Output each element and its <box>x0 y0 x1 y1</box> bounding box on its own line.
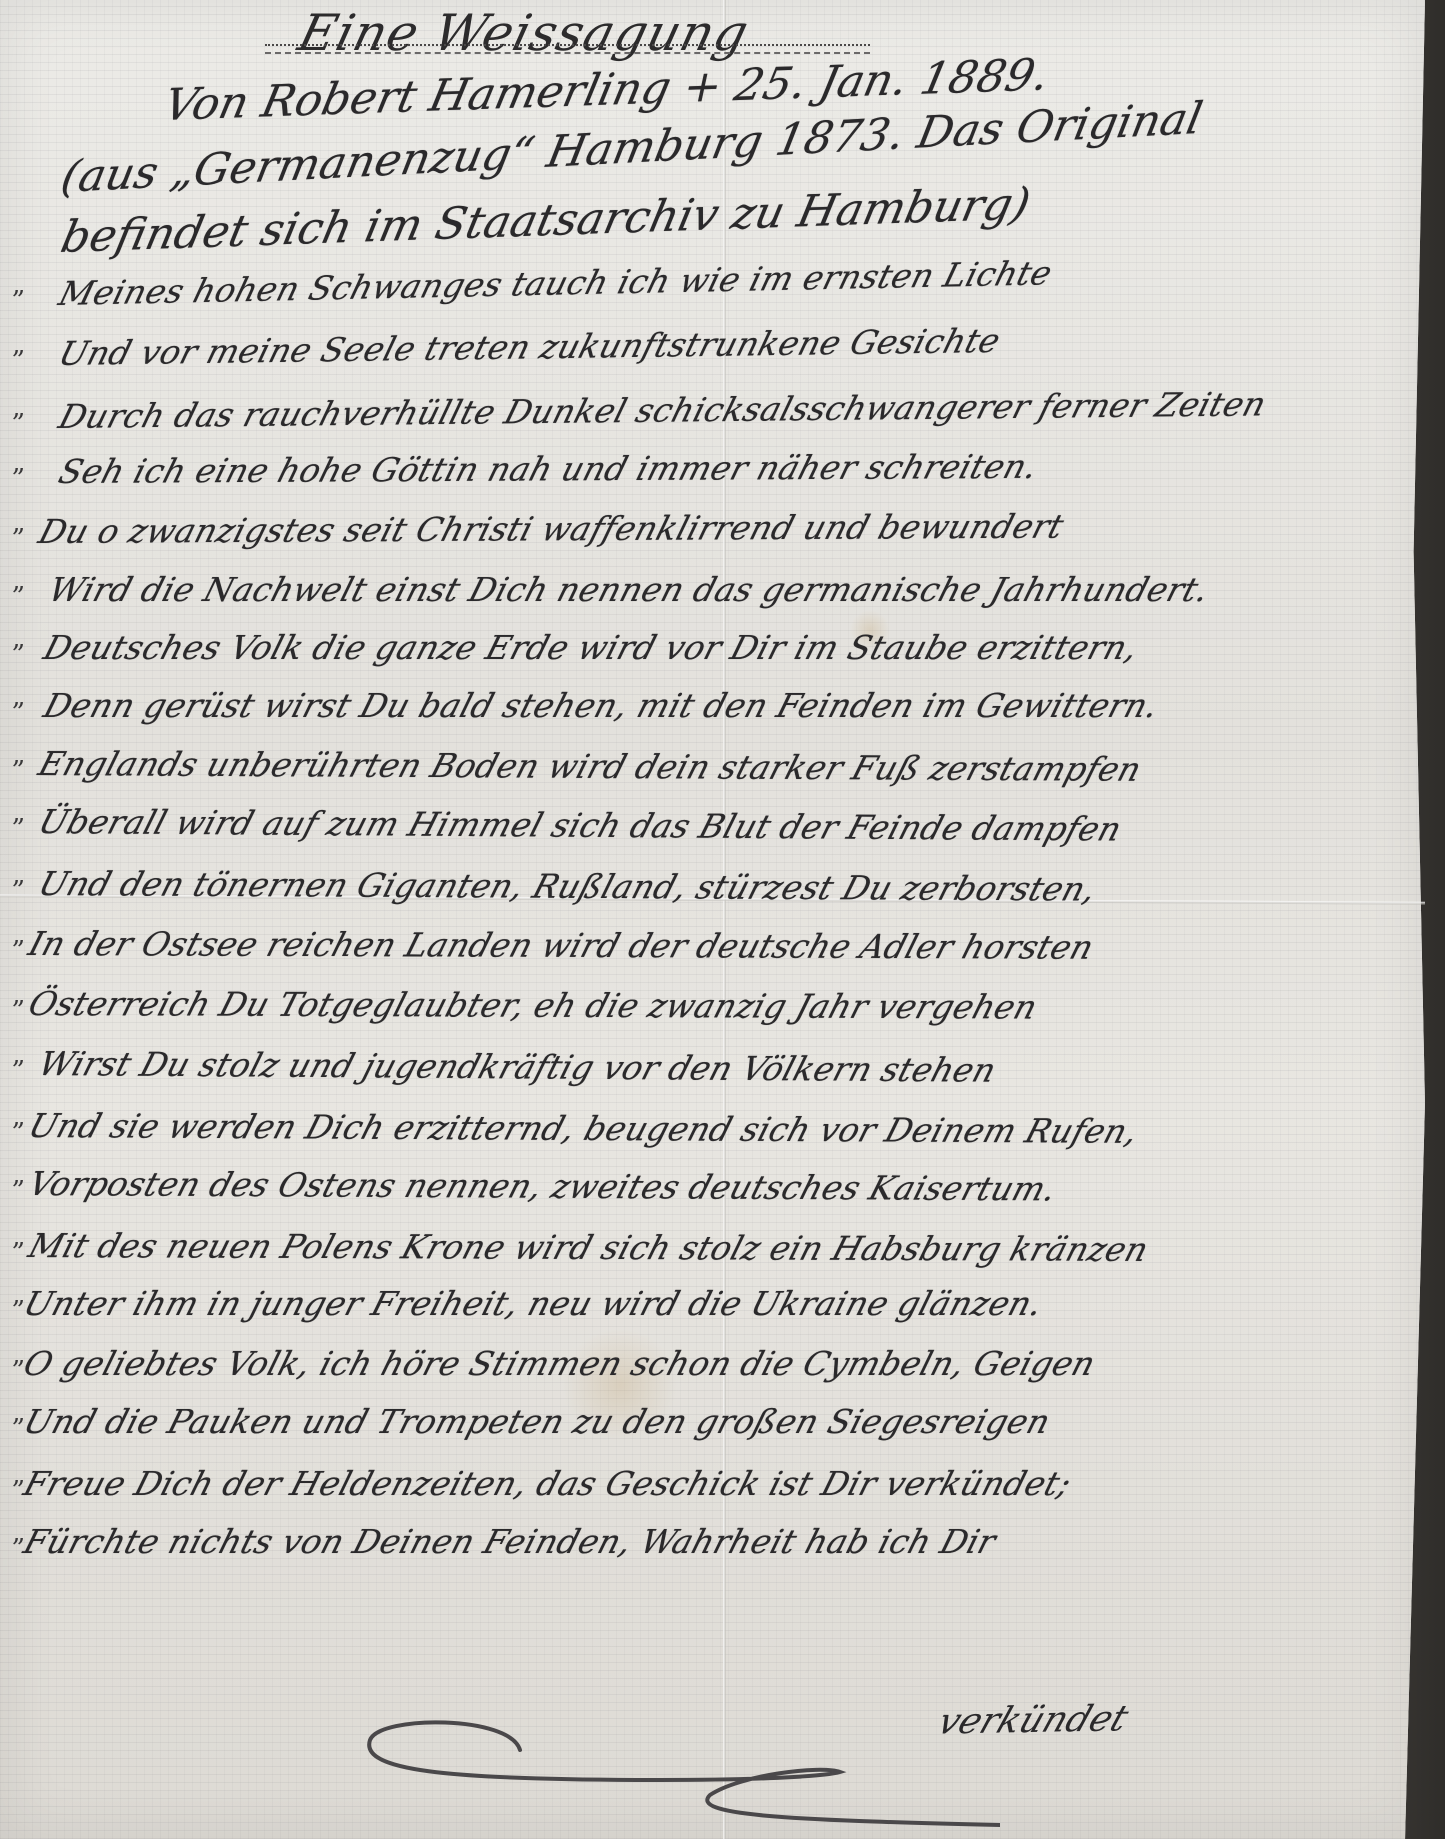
poem-verse: In der Ostsee reichen Landen wird der de… <box>24 924 1098 967</box>
poem-verse: Unter ihm in junger Freiheit, neu wird d… <box>19 1284 1047 1323</box>
poem-verse: Und sie werden Dich erzitternd, beugend … <box>24 1106 1143 1151</box>
closing-flourish <box>360 1720 1000 1830</box>
poem-verse: O geliebtes Volk, ich höre Stimmen schon… <box>19 1344 1099 1383</box>
poem-verse: Überall wird auf zum Himmel sich das Blu… <box>34 802 1126 849</box>
quote-marker: „ <box>12 624 25 654</box>
quote-marker: „ <box>12 330 25 360</box>
quote-marker: „ <box>12 508 25 538</box>
poem-verse: Wird die Nachwelt einst Dich nennen das … <box>44 570 1213 609</box>
poem-verse: Mit des neuen Polens Krone wird sich sto… <box>24 1226 1153 1269</box>
poem-verse: Und die Pauken und Trompeten zu den groß… <box>19 1402 1054 1441</box>
poem-verse: Freue Dich der Heldenzeiten, das Geschic… <box>19 1464 1075 1503</box>
poem-verse: Denn gerüst wirst Du bald stehen, mit de… <box>39 686 1163 725</box>
photo-scene: Eine Weissagung Von Robert Hamerling + 2… <box>0 0 1445 1839</box>
quote-marker: „ <box>12 448 25 478</box>
poem-verse: Wirst Du stolz und jugendkräftig vor den… <box>34 1044 1001 1090</box>
poem-verse: Du o zwanzigstes seit Christi waffenklir… <box>35 507 1069 551</box>
poem-verse: Österreich Du Totgeglaubter, eh die zwan… <box>24 984 1042 1027</box>
poem-verse: Und den tönernen Giganten, Rußland, stür… <box>34 864 1101 909</box>
quote-marker: „ <box>12 1160 25 1190</box>
quote-marker: „ <box>12 1102 25 1132</box>
title-underline-ornament <box>265 44 870 54</box>
quote-marker: „ <box>12 1040 25 1070</box>
quote-marker: „ <box>12 980 25 1010</box>
quote-marker: „ <box>12 860 25 890</box>
poem-verse: Englands unberührten Boden wird dein sta… <box>34 744 1146 789</box>
poem-verse: Vorposten des Ostens nennen, zweites deu… <box>24 1164 1061 1208</box>
quote-marker: „ <box>12 682 25 712</box>
quote-marker: „ <box>12 566 25 596</box>
poem-verse: Seh ich eine hohe Göttin nah und immer n… <box>55 447 1043 491</box>
quote-marker: „ <box>12 920 25 950</box>
quote-marker: „ <box>12 270 25 300</box>
poem-verse: Deutsches Volk die ganze Erde wird vor D… <box>39 628 1142 667</box>
quote-marker: „ <box>12 1222 25 1252</box>
poem-verse: Fürchte nichts von Deinen Feinden, Wahrh… <box>19 1522 1000 1561</box>
quote-marker: „ <box>12 740 25 770</box>
quote-marker: „ <box>12 393 25 423</box>
quote-marker: „ <box>12 798 25 828</box>
